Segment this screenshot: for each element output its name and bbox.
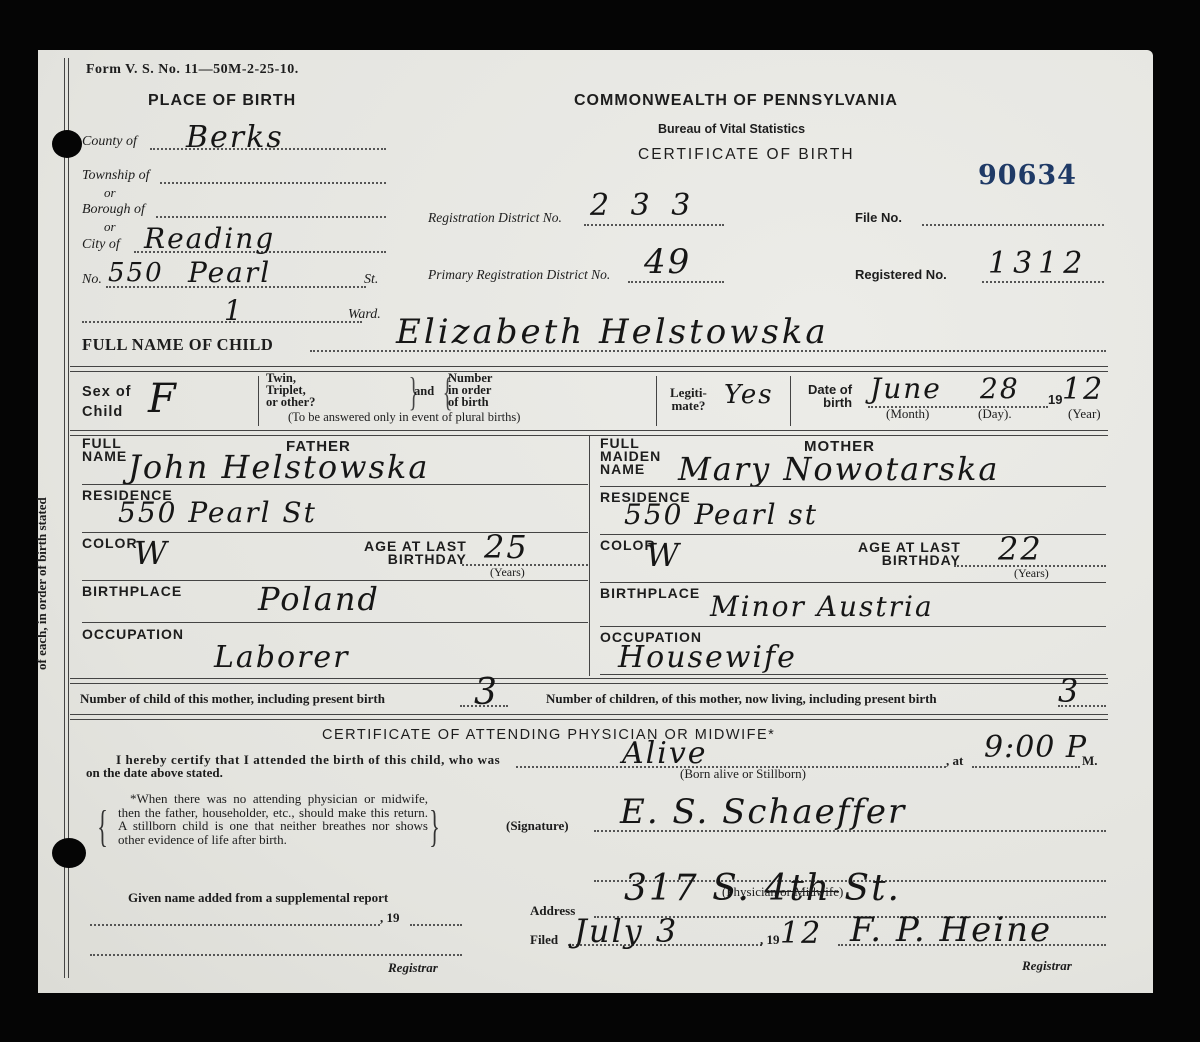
filed-year-prefix: , 19 — [760, 932, 780, 948]
father-years-caption: (Years) — [490, 565, 525, 580]
commonwealth-title: COMMONWEALTH OF PENNSYLVANIA — [574, 92, 898, 110]
father-birthplace-value: Poland — [258, 580, 380, 618]
registered-number-value: 1312 — [988, 246, 1088, 281]
section-rule — [70, 714, 1108, 720]
section-rule — [70, 678, 1108, 684]
at-label: , at — [946, 753, 963, 769]
place-of-birth-title: PLACE OF BIRTH — [148, 92, 296, 110]
filed-date-value: July 3 — [574, 912, 678, 950]
birth-time-value: 9:00 P — [984, 730, 1087, 765]
row-rule — [600, 486, 1106, 487]
mother-full-name-value: Mary Nowotarska — [678, 450, 999, 488]
primary-district-value: 49 — [644, 242, 691, 282]
supplemental-year-line — [410, 924, 462, 926]
father-age-value: 25 — [484, 528, 529, 566]
section-rule — [70, 366, 1108, 372]
physician-signature-value: E. S. Schaeffer — [620, 792, 906, 832]
father-full-name-value: John Helstowska — [128, 448, 429, 486]
sex-of-child-label: Sex of Child — [82, 382, 132, 422]
date-of-birth-label: Date of birth — [808, 383, 852, 409]
county-label: County of — [82, 134, 137, 150]
month-caption: (Month) — [886, 406, 929, 422]
registrar-signature-value: F. P. Heine — [850, 910, 1052, 950]
plural-births-note: (To be answered only in event of plural … — [288, 410, 520, 425]
filed-year-value: 12 — [780, 916, 822, 951]
father-residence-value: 550 Pearl St — [118, 496, 317, 529]
row-rule — [82, 622, 588, 623]
mother-years-caption: (Years) — [1014, 566, 1049, 581]
twin-label: Twin, Triplet, or other? — [266, 372, 315, 408]
and-label: and — [414, 384, 434, 399]
certificate-stamp-number: 90634 — [978, 160, 1077, 191]
cell-divider — [790, 376, 791, 426]
supplemental-name-line — [90, 924, 380, 926]
children-living-value: 3 — [1058, 672, 1080, 710]
born-alive-caption: (Born alive or Stillborn) — [680, 766, 806, 782]
house-number-value: 550 — [108, 258, 164, 288]
or-label: or — [104, 185, 116, 201]
legitimate-value: Yes — [724, 380, 774, 410]
mother-age-label: AGE AT LAST BIRTHDAY — [858, 541, 961, 567]
physician-note: *When there was no attending physician o… — [118, 792, 428, 846]
mother-full-name-label: FULL MAIDEN NAME — [600, 437, 661, 476]
mother-residence-value: 550 Pearl st — [624, 498, 818, 531]
row-rule — [600, 582, 1106, 583]
punch-hole — [52, 130, 82, 158]
registration-district-line — [584, 224, 724, 226]
registrar-label: Registrar — [1022, 958, 1072, 974]
mother-color-value: W — [646, 536, 681, 574]
mother-birthplace-label: BIRTHPLACE — [600, 587, 700, 600]
child-full-name-value: Elizabeth Helstowska — [396, 312, 829, 352]
file-number-label: File No. — [855, 210, 902, 225]
address-label: Address — [530, 903, 575, 919]
number-in-order-label: Number in order of birth — [448, 372, 492, 408]
label-line: BIRTHDAY — [858, 554, 961, 567]
dob-year-prefix: 19 — [1048, 392, 1062, 407]
dob-day-value: 28 — [980, 372, 1020, 405]
supplemental-registrar-label: Registrar — [388, 960, 438, 976]
label-line: NAME — [600, 463, 661, 476]
or-label: or — [104, 219, 116, 235]
children-living-label: Number of children, of this mother, now … — [546, 691, 937, 707]
father-birthplace-label: BIRTHPLACE — [82, 585, 182, 598]
number-label-line: of birth — [448, 396, 492, 408]
brace-icon: { — [97, 782, 108, 872]
label-line: BIRTHDAY — [364, 553, 467, 566]
supplemental-report-title: Given name added from a supplemental rep… — [128, 890, 388, 906]
borough-label: Borough of — [82, 202, 145, 218]
sex-value: F — [148, 376, 178, 422]
brace-icon: } — [429, 782, 440, 872]
row-rule — [600, 626, 1106, 627]
file-number-line — [922, 224, 1104, 226]
number-of-child-value: 3 — [474, 672, 499, 713]
certificate-title: CERTIFICATE OF BIRTH — [638, 146, 855, 164]
mother-occupation-value: Housewife — [618, 640, 797, 675]
township-label: Township of — [82, 168, 150, 184]
street-value: Pearl — [188, 256, 271, 289]
sex-label-line: Sex of — [82, 382, 132, 402]
twin-label-line: or other? — [266, 396, 315, 408]
m-label: M. — [1082, 753, 1098, 769]
form-number: Form V. S. No. 11—50M-2-25-10. — [86, 62, 299, 78]
father-age-label: AGE AT LAST BIRTHDAY — [364, 540, 467, 566]
physician-address-value: 317 S. 4th St. — [624, 868, 901, 909]
no-label: No. — [82, 272, 102, 288]
day-caption: (Day). — [978, 406, 1012, 422]
ward-line — [82, 321, 362, 323]
sex-label-line: Child — [82, 402, 132, 422]
cell-divider — [258, 376, 259, 426]
borough-line — [156, 216, 386, 218]
father-occupation-value: Laborer — [214, 640, 350, 675]
cell-divider — [656, 376, 657, 426]
full-name-of-child-label: FULL NAME OF CHILD — [82, 335, 273, 355]
father-full-name-label: FULL NAME — [82, 437, 127, 463]
registered-number-line — [982, 281, 1104, 283]
father-color-value: W — [134, 534, 169, 572]
father-color-label: COLOR — [82, 537, 138, 550]
township-line — [160, 182, 386, 184]
primary-registration-district-label: Primary Registration District No. — [428, 267, 610, 283]
mother-birthplace-value: Minor Austria — [710, 590, 934, 623]
punch-hole — [52, 838, 86, 868]
side-note: of each, in order of birth stated — [34, 390, 50, 670]
label-line: NAME — [82, 450, 127, 463]
row-rule — [600, 674, 1106, 675]
supplemental-registrar-line — [90, 954, 462, 956]
dob-year-value: 12 — [1062, 372, 1104, 407]
bureau-title: Bureau of Vital Statistics — [658, 122, 805, 136]
county-value: Berks — [186, 120, 284, 155]
registration-district-label: Registration District No. — [428, 210, 562, 226]
city-value: Reading — [144, 222, 275, 255]
registration-district-value: 2 3 3 — [590, 188, 696, 223]
filed-label: Filed — [530, 932, 558, 948]
ward-label: Ward. — [348, 307, 381, 323]
dob-month-value: June — [870, 372, 942, 405]
city-label: City of — [82, 237, 120, 253]
mother-age-value: 22 — [998, 530, 1043, 568]
legitimate-label: Legiti- mate? — [670, 386, 707, 412]
birth-certificate: of each, in order of birth stated Form V… — [38, 50, 1153, 993]
father-occupation-label: OCCUPATION — [82, 628, 184, 641]
certify-line-2: on the date above stated. — [86, 765, 223, 781]
registered-number-label: Registered No. — [855, 267, 947, 282]
st-label: St. — [364, 272, 378, 288]
legit-label-line: mate? — [670, 399, 707, 412]
signature-label: (Signature) — [506, 818, 569, 834]
time-line — [972, 766, 1080, 768]
dob-label-line: birth — [808, 396, 852, 409]
column-divider — [589, 436, 590, 676]
supplemental-year-prefix: , 19 — [380, 910, 400, 926]
row-rule — [82, 484, 588, 485]
number-of-child-label: Number of child of this mother, includin… — [80, 691, 385, 707]
year-caption: (Year) — [1068, 406, 1101, 422]
ward-value: 1 — [224, 294, 244, 327]
